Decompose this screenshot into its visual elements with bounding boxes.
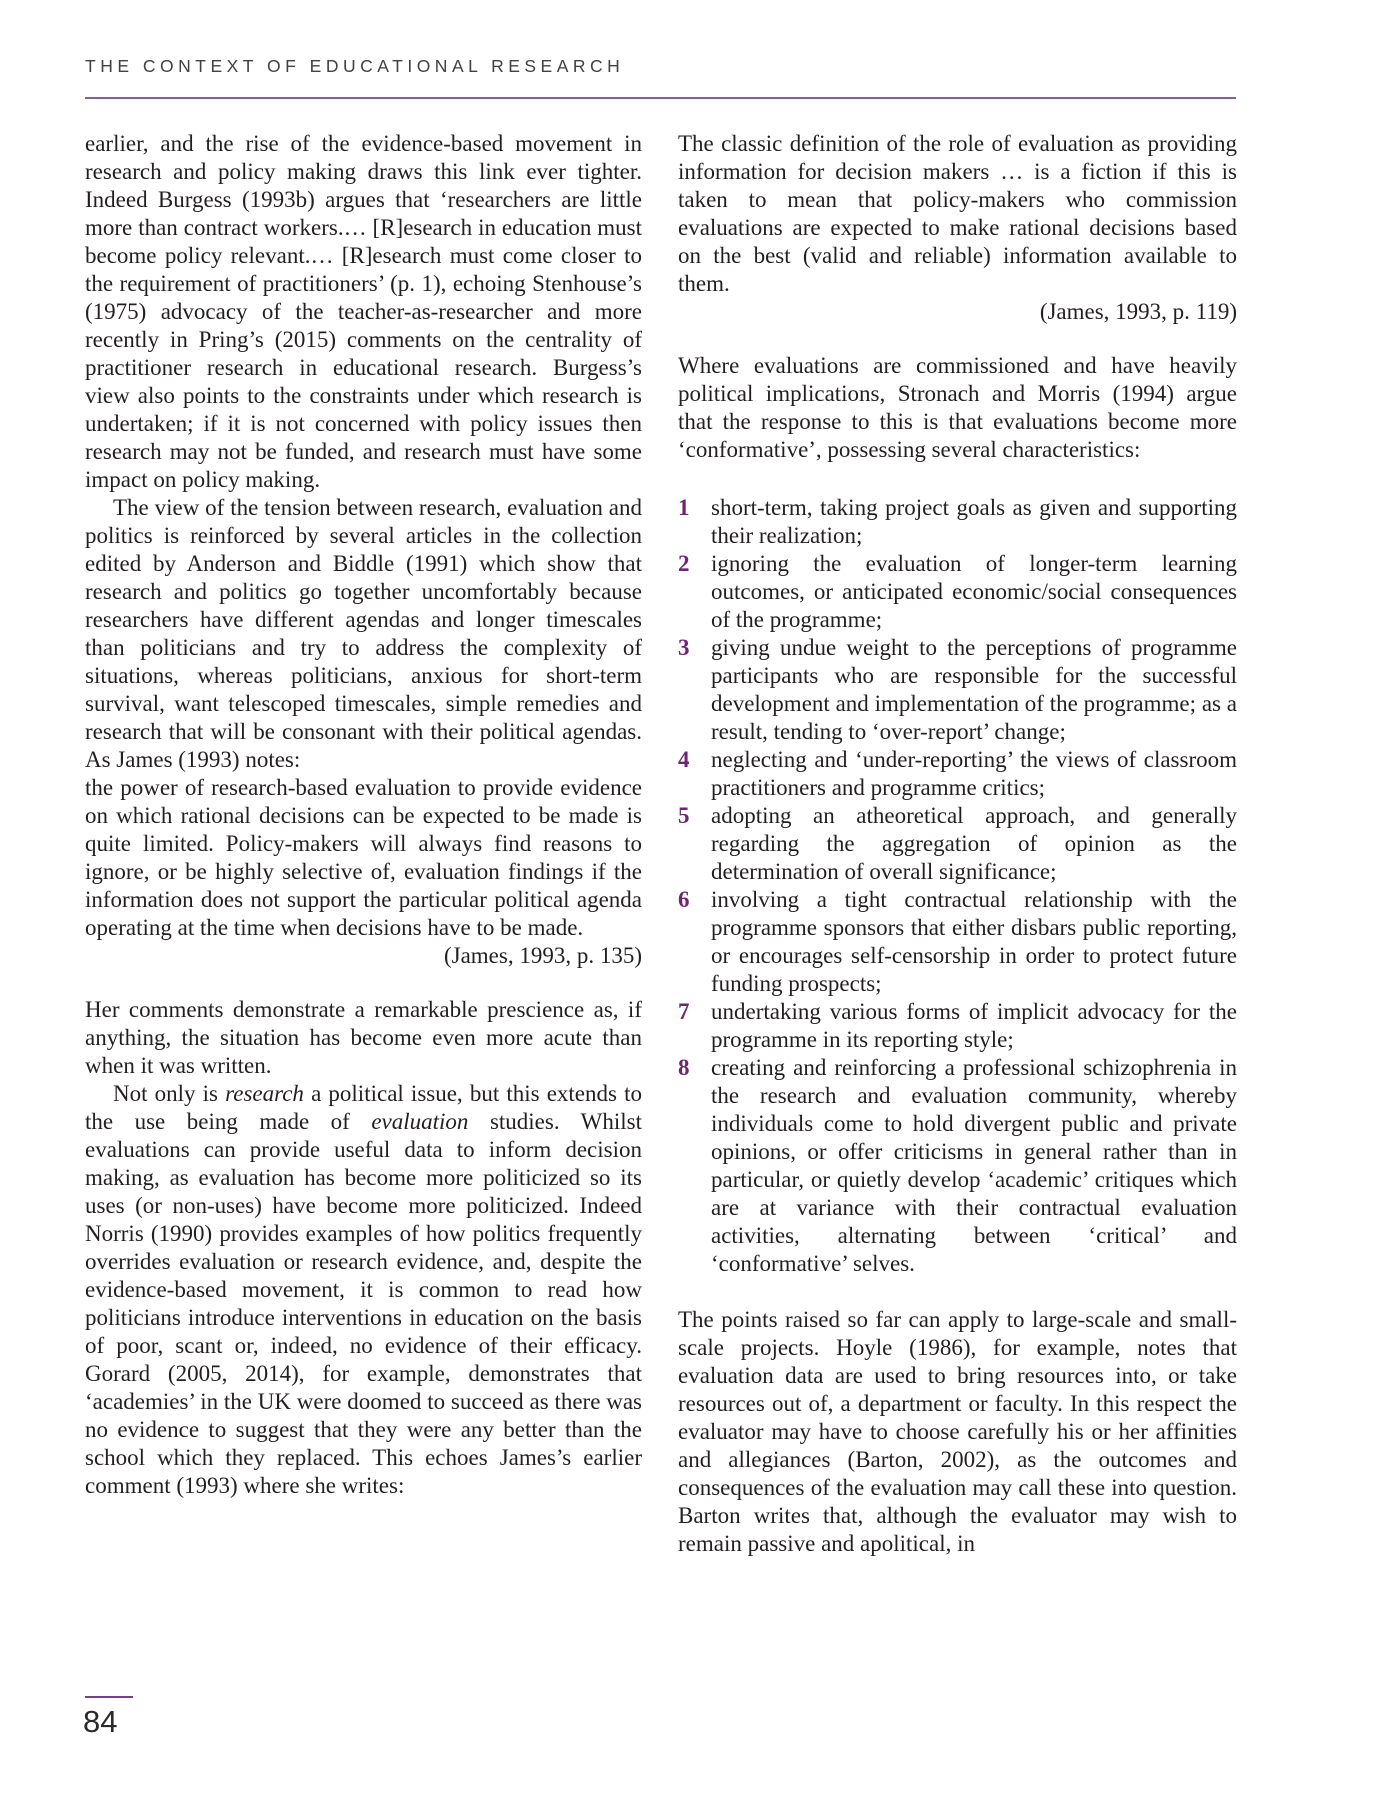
quote-attribution: (James, 1993, p. 135) [85, 942, 642, 970]
list-item-text: giving undue weight to the perceptions o… [711, 634, 1237, 746]
paragraph: earlier, and the rise of the evidence-ba… [85, 130, 642, 494]
list-item-number: 7 [678, 998, 711, 1026]
list-item-text: short-term, taking project goals as give… [711, 494, 1237, 550]
list-item-text: undertaking various forms of implicit ad… [711, 998, 1237, 1054]
list-item: 6involving a tight contractual relations… [678, 886, 1237, 998]
list-item: 2ignoring the evaluation of longer-term … [678, 550, 1237, 634]
paragraph: Not only is research a political issue, … [85, 1080, 642, 1500]
paragraph: The view of the tension between research… [85, 494, 642, 774]
header-divider-rule [85, 97, 1236, 99]
list-item: 8creating and reinforcing a professional… [678, 1054, 1237, 1278]
list-item-number: 4 [678, 746, 711, 774]
list-item-text: neglecting and ‘under-reporting’ the vie… [711, 746, 1237, 802]
footer-rule [85, 1696, 133, 1698]
paragraph: The points raised so far can apply to la… [678, 1306, 1237, 1558]
numbered-list: 1short-term, taking project goals as giv… [678, 494, 1237, 1278]
list-item-number: 2 [678, 550, 711, 578]
list-item-number: 8 [678, 1054, 711, 1082]
paragraph: Where evaluations are commissioned and h… [678, 352, 1237, 464]
running-head: THE CONTEXT OF EDUCATIONAL RESEARCH [85, 56, 624, 77]
list-item-number: 3 [678, 634, 711, 662]
book-page: THE CONTEXT OF EDUCATIONAL RESEARCH earl… [0, 0, 1376, 1800]
list-item: 5adopting an atheoretical approach, and … [678, 802, 1237, 886]
block-quote: the power of research-based evaluation t… [85, 774, 642, 942]
list-item: 3giving undue weight to the perceptions … [678, 634, 1237, 746]
paragraph: Her comments demonstrate a remarkable pr… [85, 996, 642, 1080]
list-item: 4neglecting and ‘under-reporting’ the vi… [678, 746, 1237, 802]
list-item-number: 1 [678, 494, 711, 522]
list-item-text: ignoring the evaluation of longer-term l… [711, 550, 1237, 634]
list-item-text: creating and reinforcing a professional … [711, 1054, 1237, 1278]
list-item-text: involving a tight contractual relationsh… [711, 886, 1237, 998]
right-column: The classic definition of the role of ev… [678, 130, 1237, 1558]
quote-attribution: (James, 1993, p. 119) [678, 298, 1237, 326]
list-item-number: 6 [678, 886, 711, 914]
list-item-text: adopting an atheoretical approach, and g… [711, 802, 1237, 886]
list-item: 1short-term, taking project goals as giv… [678, 494, 1237, 550]
page-number: 84 [83, 1704, 117, 1740]
list-item: 7undertaking various forms of implicit a… [678, 998, 1237, 1054]
block-quote: The classic definition of the role of ev… [678, 130, 1237, 298]
list-item-number: 5 [678, 802, 711, 830]
left-column: earlier, and the rise of the evidence-ba… [85, 130, 642, 1500]
